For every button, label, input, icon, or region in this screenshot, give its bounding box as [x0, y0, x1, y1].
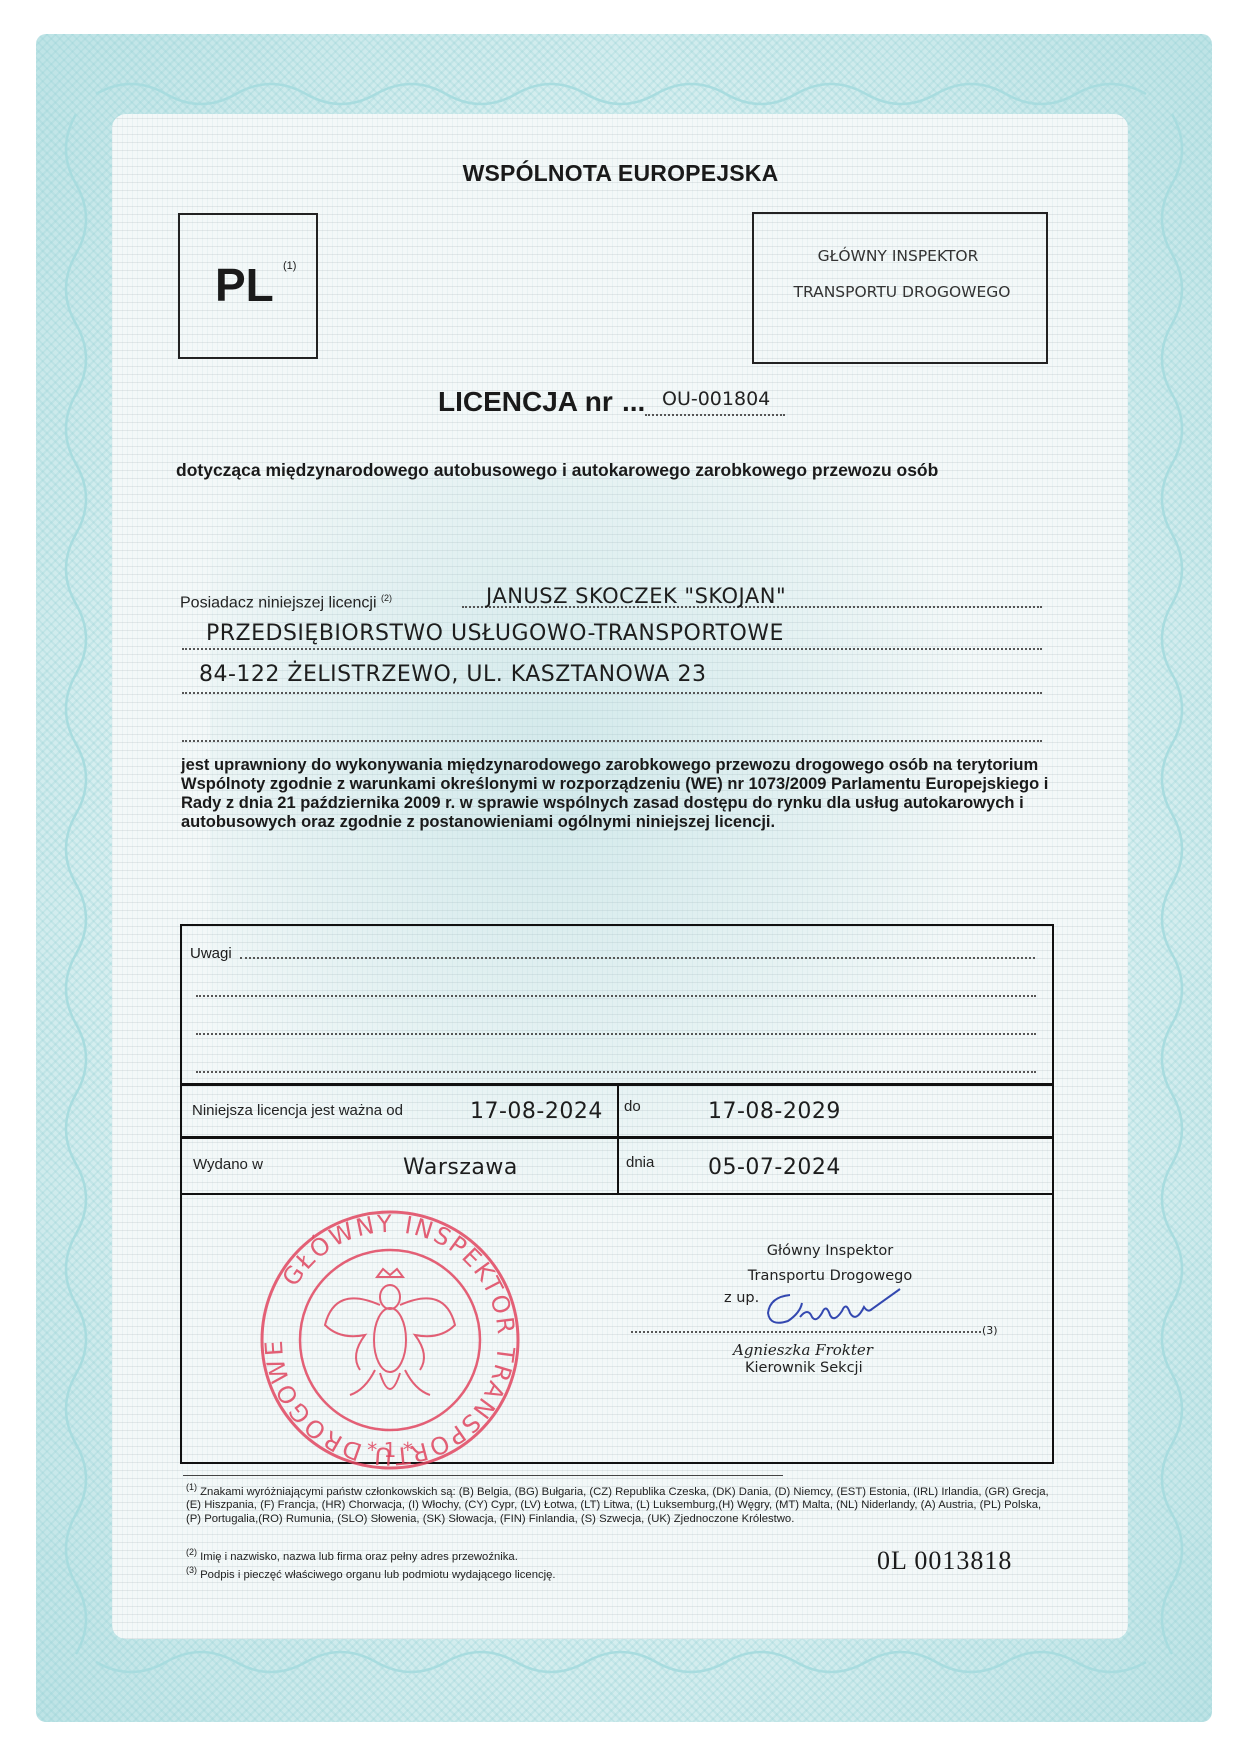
- holder-company: PRZEDSIĘBIORSTWO USŁUGOWO-TRANSPORTOWE: [206, 621, 784, 646]
- footnote-3-mark: (3): [186, 1565, 197, 1575]
- issued-date-label: dnia: [626, 1154, 654, 1171]
- issuing-authority-line1: GŁÓWNY INSPEKTOR: [752, 247, 1044, 265]
- eagle-emblem-icon: [325, 1269, 455, 1395]
- table-divider-issued: [180, 1193, 1054, 1195]
- issued-place-label: Wydano w: [193, 1156, 263, 1173]
- footnote-2-mark: (2): [186, 1547, 197, 1557]
- footnote-3-text: Podpis i pieczęć właściwego organu lub p…: [200, 1569, 555, 1581]
- remarks-dotline-2: [196, 995, 1036, 997]
- license-subtitle: dotycząca międzynarodowego autobusowego …: [176, 460, 938, 481]
- serial-number: 0L 0013818: [877, 1546, 1012, 1576]
- license-number-dotline: [645, 414, 785, 416]
- remarks-dotline-1: [240, 957, 1035, 959]
- signer-title: Kierownik Sekcji: [745, 1360, 863, 1376]
- signature-title-line1: Główny Inspektor: [700, 1243, 960, 1259]
- license-number: OU-001804: [662, 388, 770, 410]
- signature-footnote-ref: (3): [982, 1324, 998, 1337]
- issuing-authority-line2: TRANSPORTU DROGOWEGO: [752, 283, 1052, 301]
- community-heading: WSPÓLNOTA EUROPEJSKA: [0, 160, 1241, 187]
- signature-dotline: [631, 1331, 981, 1333]
- official-stamp: GŁÓWNY INSPEKTOR TRANSPORTU DROGOWEGO * …: [255, 1205, 525, 1475]
- signature-proxy: z up.: [724, 1290, 759, 1306]
- holder-footnote-ref: (2): [381, 593, 392, 603]
- country-code-footnote-ref: (1): [283, 260, 296, 272]
- holder-name: JANUSZ SKOCZEK "SKOJAN": [486, 584, 786, 608]
- holder-dotline-3: [182, 692, 1042, 694]
- remarks-dotline-4: [196, 1071, 1036, 1073]
- holder-dotline-2: [182, 648, 1042, 650]
- holder-dotline-4: [182, 740, 1042, 742]
- table-column-divider: [617, 1083, 619, 1193]
- license-title-dots: ...: [622, 386, 645, 418]
- holder-address: 84-122 ŻELISTRZEWO, UL. KASZTANOWA 23: [199, 662, 706, 687]
- remarks-dotline-3: [196, 1033, 1036, 1035]
- license-title: LICENCJA nr: [438, 386, 613, 418]
- footnote-2-text: Imię i nazwisko, nazwa lub firma oraz pe…: [200, 1551, 518, 1563]
- svg-text:* 1 *: * 1 *: [367, 1438, 412, 1462]
- footnote-1: (1) Znakami wyróżniającymi państw członk…: [186, 1481, 1056, 1526]
- footnote-1-text: Znakami wyróżniającymi państw członkowsk…: [186, 1486, 1049, 1525]
- issued-date: 05-07-2024: [708, 1155, 841, 1180]
- holder-label-text: Posiadacz niniejszej licencji: [180, 594, 377, 611]
- validity-to-date: 17-08-2029: [708, 1099, 841, 1124]
- signer-name: Agnieszka Frokter: [733, 1341, 873, 1359]
- validity-to-label: do: [624, 1098, 641, 1115]
- issued-place: Warszawa: [403, 1155, 518, 1180]
- footnotes-rule: [183, 1475, 783, 1476]
- validity-from-label: Niniejsza licencja jest ważna od: [192, 1102, 403, 1119]
- authorization-text: jest uprawniony do wykonywania międzynar…: [181, 756, 1061, 832]
- handwritten-signature: [760, 1283, 910, 1333]
- footnote-1-mark: (1): [186, 1482, 197, 1492]
- validity-from-date: 17-08-2024: [470, 1099, 603, 1124]
- holder-label: Posiadacz niniejszej licencji (2): [180, 593, 392, 612]
- signature-title-line2: Transportu Drogowego: [700, 1268, 960, 1284]
- country-code: PL: [215, 258, 274, 312]
- remarks-label: Uwagi: [190, 945, 232, 962]
